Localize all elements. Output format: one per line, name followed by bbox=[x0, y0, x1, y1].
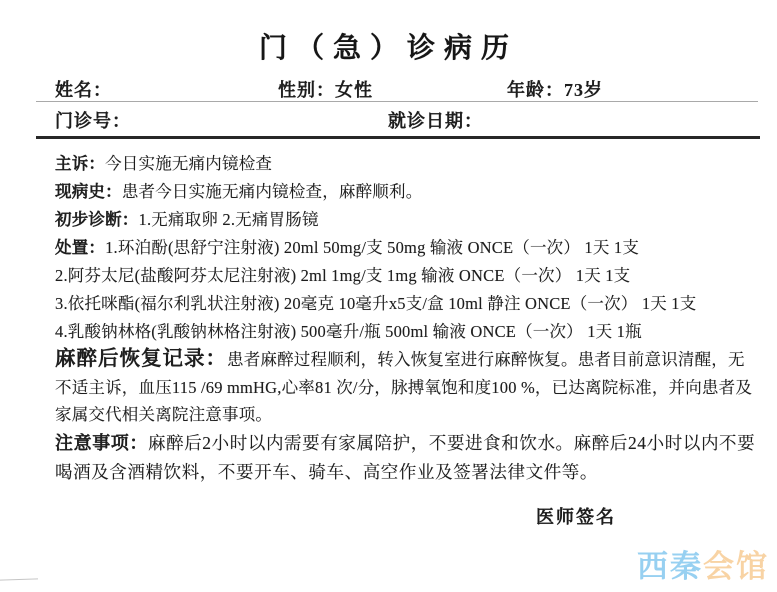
treatment-line-2: 2.阿芬太尼(盐酸阿芬太尼注射液) 2ml 1mg/支 1mg 输液 ONCE（… bbox=[55, 262, 759, 290]
record-body: 主诉：今日实施无痛内镜检查 现病史：患者今日实施无痛内镜检查，麻醉顺利。 初步诊… bbox=[55, 148, 759, 487]
age-value: 73岁 bbox=[564, 80, 603, 100]
chief-complaint-label: 主诉： bbox=[55, 154, 105, 173]
page-title: 门（急）诊病历 bbox=[0, 26, 777, 66]
present-illness-text: 患者今日实施无痛内镜检查，麻醉顺利。 bbox=[122, 182, 423, 201]
watermark: 西秦会馆 bbox=[637, 541, 769, 586]
treatment-line-3: 3.依托咪酯(福尔利乳状注射液) 20毫克 10毫升x5支/盒 10ml 静注 … bbox=[55, 290, 759, 318]
gender-value: 女性 bbox=[335, 80, 373, 100]
clinic-no-label: 门诊号： bbox=[55, 111, 131, 131]
recovery-record-label: 麻醉后恢复记录： bbox=[55, 348, 227, 370]
precautions-label: 注意事项： bbox=[55, 433, 148, 453]
treatment-item: 4.乳酸钠林格(乳酸钠林格注射液) 500毫升/瓶 500ml 输液 ONCE（… bbox=[55, 322, 642, 341]
precautions: 注意事项：麻醉后2小时以内需要有家属陪护，不要进食和饮水。麻醉后24小时以内不要… bbox=[55, 429, 759, 487]
treatment-item: 3.依托咪酯(福尔利乳状注射液) 20毫克 10毫升x5支/盒 10ml 静注 … bbox=[55, 294, 696, 313]
treatment-line-4: 4.乳酸钠林格(乳酸钠林格注射液) 500毫升/瓶 500ml 输液 ONCE（… bbox=[55, 318, 759, 346]
recovery-record: 麻醉后恢复记录：患者麻醉过程顺利，转入恢复室进行麻醉恢复。患者目前意识清醒，无不… bbox=[55, 346, 759, 429]
visit-date-field: 就诊日期： bbox=[388, 107, 483, 133]
clinic-no-field: 门诊号： bbox=[55, 107, 131, 133]
chief-complaint: 主诉：今日实施无痛内镜检查 bbox=[55, 150, 759, 178]
age-label: 年龄： bbox=[507, 80, 564, 100]
header-divider-thick bbox=[36, 136, 760, 139]
treatment-item: 1.环泊酚(思舒宁注射液) 20ml 50mg/支 50mg 输液 ONCE（一… bbox=[105, 238, 639, 257]
name-label: 姓名： bbox=[55, 80, 112, 100]
name-field: 姓名： bbox=[55, 76, 112, 102]
age-field: 年龄：73岁 bbox=[507, 76, 603, 102]
gender-label: 性别： bbox=[278, 80, 335, 100]
header-divider-thin bbox=[36, 101, 758, 102]
treatment-item: 2.阿芬太尼(盐酸阿芬太尼注射液) 2ml 1mg/支 1mg 输液 ONCE（… bbox=[55, 266, 630, 285]
treatment-line-1: 处置：1.环泊酚(思舒宁注射液) 20ml 50mg/支 50mg 输液 ONC… bbox=[55, 234, 759, 262]
watermark-part1: 西秦 bbox=[637, 549, 703, 584]
chief-complaint-text: 今日实施无痛内镜检查 bbox=[105, 154, 272, 173]
visit-date-label: 就诊日期： bbox=[388, 111, 483, 131]
preliminary-diagnosis-text: 1.无痛取卵 2.无痛胃肠镜 bbox=[139, 210, 319, 229]
watermark-part2: 会馆 bbox=[703, 549, 769, 584]
treatment-label: 处置： bbox=[55, 238, 105, 257]
medical-record-document: 门（急）诊病历 姓名： 性别：女性 年龄：73岁 门诊号： 就诊日期： 主诉：今… bbox=[0, 0, 777, 592]
preliminary-diagnosis: 初步诊断：1.无痛取卵 2.无痛胃肠镜 bbox=[55, 206, 759, 234]
present-illness-label: 现病史： bbox=[55, 182, 122, 201]
doctor-signature-label: 医师签名 bbox=[536, 503, 616, 529]
present-illness: 现病史：患者今日实施无痛内镜检查，麻醉顺利。 bbox=[55, 178, 759, 206]
scan-edge-artifact bbox=[0, 578, 38, 580]
preliminary-diagnosis-label: 初步诊断： bbox=[55, 210, 139, 229]
precautions-text: 麻醉后2小时以内需要有家属陪护，不要进食和饮水。麻醉后24小时以内不要喝酒及含酒… bbox=[55, 433, 755, 482]
gender-field: 性别：女性 bbox=[278, 76, 373, 102]
